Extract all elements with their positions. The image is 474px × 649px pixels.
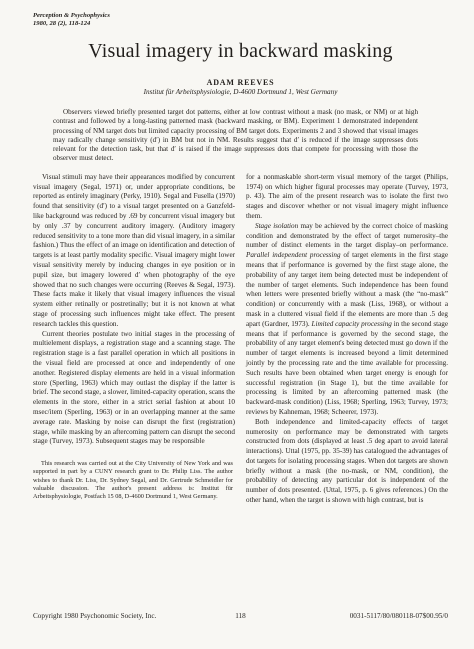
author-affiliation: Institut für Arbeitsphysiologie, D-4600 …	[33, 88, 448, 97]
copyright-notice: Copyright 1980 Psychonomic Society, Inc.	[33, 612, 235, 621]
left-column: Visual stimuli may have their appearance…	[33, 173, 235, 506]
paragraph: Both independence and limited-capacity e…	[246, 418, 448, 506]
paragraph: Visual stimuli may have their appearance…	[33, 173, 235, 330]
right-column: for a nonmaskable short-term visual memo…	[246, 173, 448, 506]
page-footer: Copyright 1980 Psychonomic Society, Inc.…	[33, 612, 448, 621]
paragraph: Current theories postulate two initial s…	[33, 330, 235, 448]
paper-title: Visual imagery in backward masking	[33, 39, 448, 63]
paragraph: Stage isolation may be achieved by the c…	[246, 222, 448, 418]
two-column-body: Visual stimuli may have their appearance…	[33, 173, 448, 506]
author-note: This research was carried out at the Cit…	[33, 460, 235, 501]
journal-name: Perception & Psychophysics	[33, 12, 448, 20]
paragraph: for a nonmaskable short-term visual memo…	[246, 173, 448, 222]
author-name: ADAM REEVES	[33, 78, 448, 88]
page-number: 118	[235, 612, 246, 621]
abstract: Observers viewed briefly presented targe…	[53, 108, 418, 164]
issn-fee-code: 0031-5117/80/080118-07$00.95/0	[246, 612, 448, 621]
journal-issue: 1980, 28 (2), 118-124	[33, 20, 448, 28]
paper-page: Perception & Psychophysics 1980, 28 (2),…	[0, 0, 474, 649]
